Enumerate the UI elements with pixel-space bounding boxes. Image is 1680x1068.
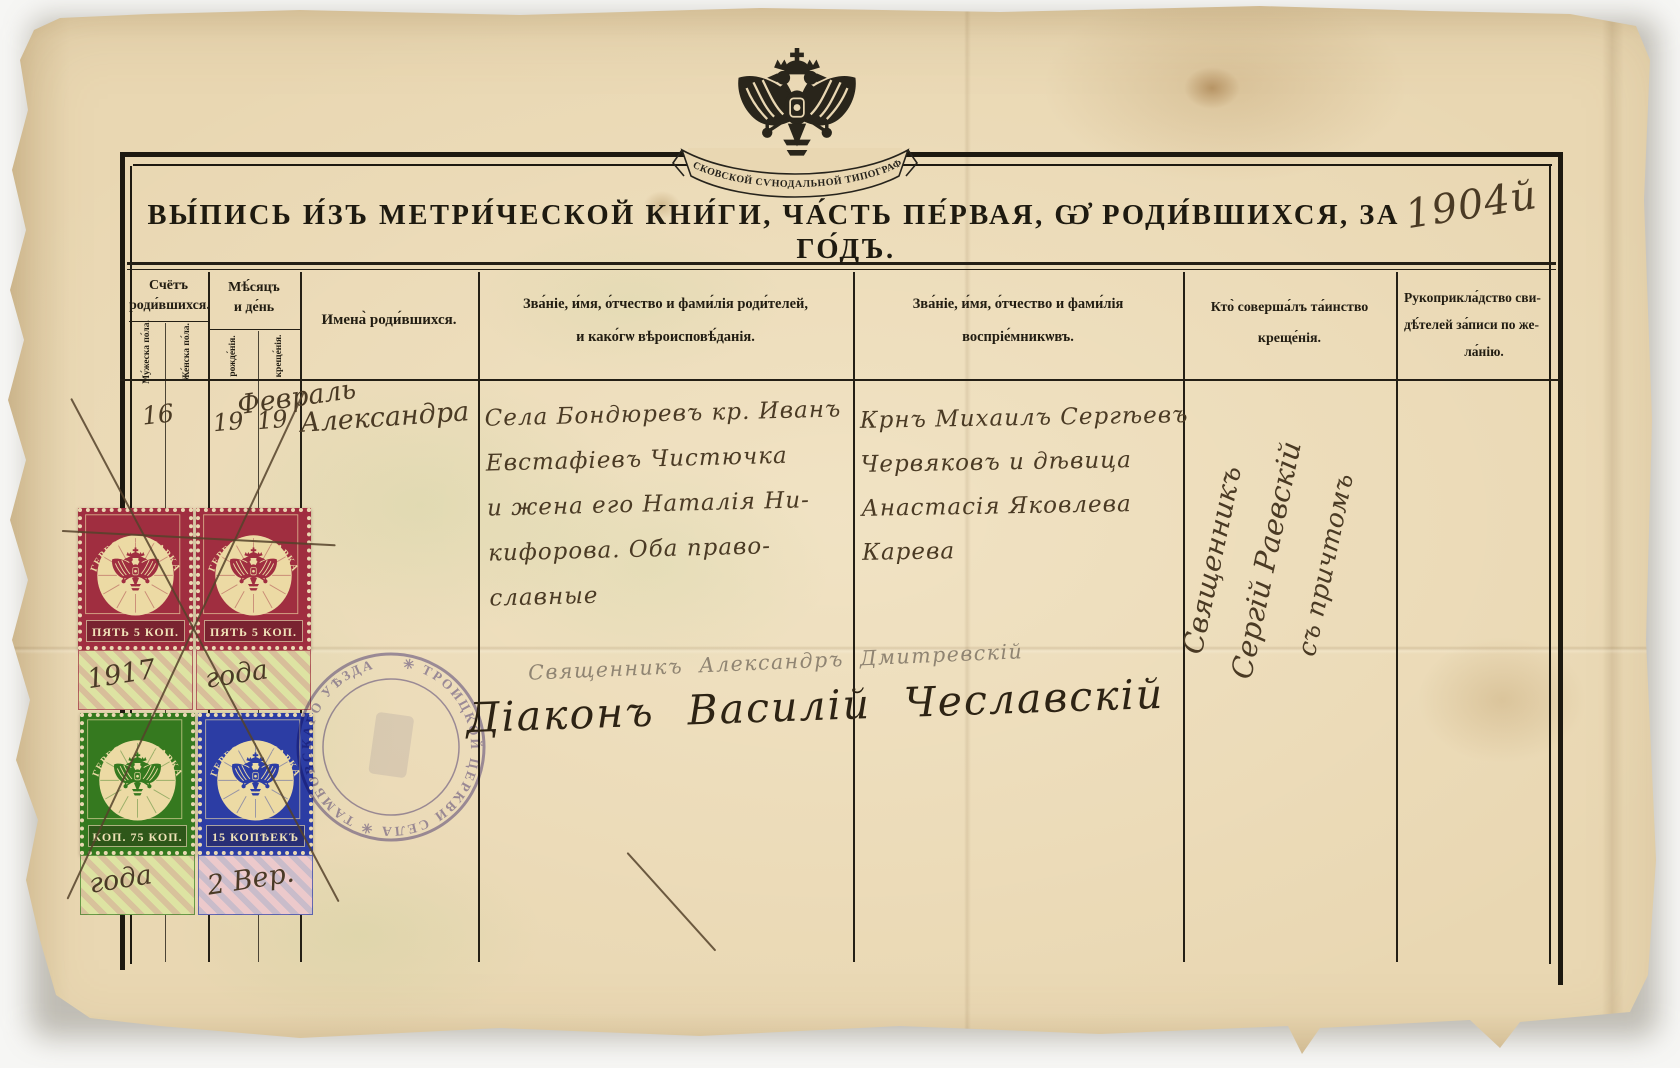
- stamp-stub-top-right: года: [196, 650, 311, 710]
- header-priest-line2: креще́нія.: [1183, 323, 1396, 354]
- stub-note: 2 Вер.: [205, 857, 296, 901]
- header-witnesses-line1: Рукоприкла́дство сви-: [1404, 284, 1564, 311]
- scanned-document: МОСКОВСКОЙ СѴНОДАЛЬНОЙ ТИПОГРАФІИ ВЫ́ПИС…: [0, 0, 1680, 1068]
- header-godparents-line2: воспріе́мникѡвъ.: [853, 321, 1183, 354]
- stub-note: года: [87, 859, 154, 899]
- header-count-line2: роди́вшихся.: [129, 296, 208, 316]
- stamp-5kop-left: ГЕРБОВАЯ МАРКА ПЯТЬ 5 КОП.: [78, 508, 193, 650]
- stamp-face: ГЕРБОВАЯ МАРКА: [200, 512, 307, 622]
- stamp-value: ПЯТЬ 5 КОП.: [86, 620, 185, 642]
- header-count-female: Же́нска по́ла.: [182, 323, 192, 381]
- header-names: Имена̀ роди́вшихся.: [300, 312, 478, 329]
- document-paper: МОСКОВСКОЙ СѴНОДАЛЬНОЙ ТИПОГРАФІИ ВЫ́ПИС…: [0, 0, 1680, 1068]
- entry-godparents-l4: Карева: [862, 525, 1191, 575]
- stamp-face: ГЕРБОВАЯ МАРКА: [82, 512, 189, 622]
- header-parents-line2: и како́гѡ вѣроисповѣ́данія.: [478, 321, 853, 354]
- church-seal: ✳ ТРОИЦКОЙ ЦЕРКВИ СЕЛА ✳ ТАМБОВСКАГО УѢЗ…: [279, 635, 503, 859]
- title-suffix: ГО́ДЪ.: [796, 234, 895, 265]
- header-baptism-sub: креще́нія.: [274, 335, 284, 378]
- entry-parents-l5: славные: [489, 567, 847, 621]
- stamp-stub-bottom-left: года: [80, 855, 195, 915]
- header-count-male: Му́жеска по́ла.: [142, 320, 152, 384]
- header-count: Счётъ роди́вшихся.: [129, 276, 208, 316]
- header-witnesses-line3: ла́нію.: [1404, 338, 1564, 365]
- entry-parents-l1: Села Бондюревъ кр. Иванъ: [484, 387, 842, 441]
- stamp-stub-bottom-right: 2 Вер.: [198, 855, 313, 915]
- header-parents-line1: Зва́ніе, и́мя, о́тчество и фами́лія роди…: [478, 288, 853, 321]
- header-month: Мѣ́сяцъ и де́нь: [208, 278, 300, 318]
- entry-parents-l3: и жена его Наталія Ни-: [486, 477, 844, 531]
- header-birth-sub: рожде́нія.: [228, 335, 238, 376]
- header-month-line1: Мѣ́сяцъ: [208, 278, 300, 298]
- header-witnesses: Рукоприкла́дство сви- дѣ́телей за́писи п…: [1400, 284, 1564, 365]
- entry-godparents-l1: Крнъ Михаилъ Сергѣевъ: [859, 393, 1188, 443]
- header-month-line2: и де́нь: [208, 298, 300, 318]
- header-godparents: Зва́ніе, и́мя, о́тчество и фами́лія восп…: [853, 288, 1183, 354]
- title-year-handwritten: 1904й: [1402, 172, 1540, 238]
- entry-godparents-l3: Анастасія Яковлева: [861, 481, 1190, 531]
- header-priest-line1: Кто̀ соверша́лъ та́инство: [1183, 292, 1396, 323]
- entry-priest-l3: съ причтомъ: [1292, 471, 1360, 659]
- document-title: ВЫ́ПИСЬ И́ЗЪ МЕТРИ́ЧЕСКОЙ КНИ́ГИ, ЧА́СТЬ…: [130, 188, 1562, 266]
- stamp-5kop-right: ГЕРБОВАЯ МАРКА ПЯТЬ 5 КОП.: [196, 508, 311, 650]
- stamp-value: КОП. 75 КОП.: [88, 825, 187, 847]
- header-godparents-line1: Зва́ніе, и́мя, о́тчество и фами́лія: [853, 288, 1183, 321]
- stamp-value: ПЯТЬ 5 КОП.: [204, 620, 303, 642]
- entry-parents: Села Бондюревъ кр. Иванъ Евстафіевъ Чист…: [484, 387, 846, 621]
- stub-note: года: [203, 654, 270, 694]
- stamp-face: ГЕРБОВАЯ МАРКА: [84, 717, 191, 827]
- header-parents: Зва́ніе, и́мя, о́тчество и фами́лія роди…: [478, 288, 853, 354]
- stub-note: 1917: [85, 654, 158, 695]
- header-priest: Кто̀ соверша́лъ та́инство креще́нія.: [1183, 292, 1396, 354]
- header-witnesses-line2: дѣ́телей за́писи по же-: [1404, 311, 1564, 338]
- stamp-stub-top-left: 1917: [78, 650, 193, 710]
- entry-godparents: Крнъ Михаилъ Сергѣевъ Червяковъ и дѣвица…: [859, 393, 1191, 575]
- entry-birth-day: 19: [212, 407, 245, 438]
- entry-godparents-l2: Червяковъ и дѣвица: [860, 437, 1189, 487]
- header-count-line1: Счётъ: [129, 276, 208, 296]
- entry-female-count: 16: [141, 398, 176, 430]
- title-prefix: ВЫ́ПИСЬ И́ЗЪ МЕТРИ́ЧЕСКОЙ КНИ́ГИ, ЧА́СТЬ…: [148, 200, 1400, 231]
